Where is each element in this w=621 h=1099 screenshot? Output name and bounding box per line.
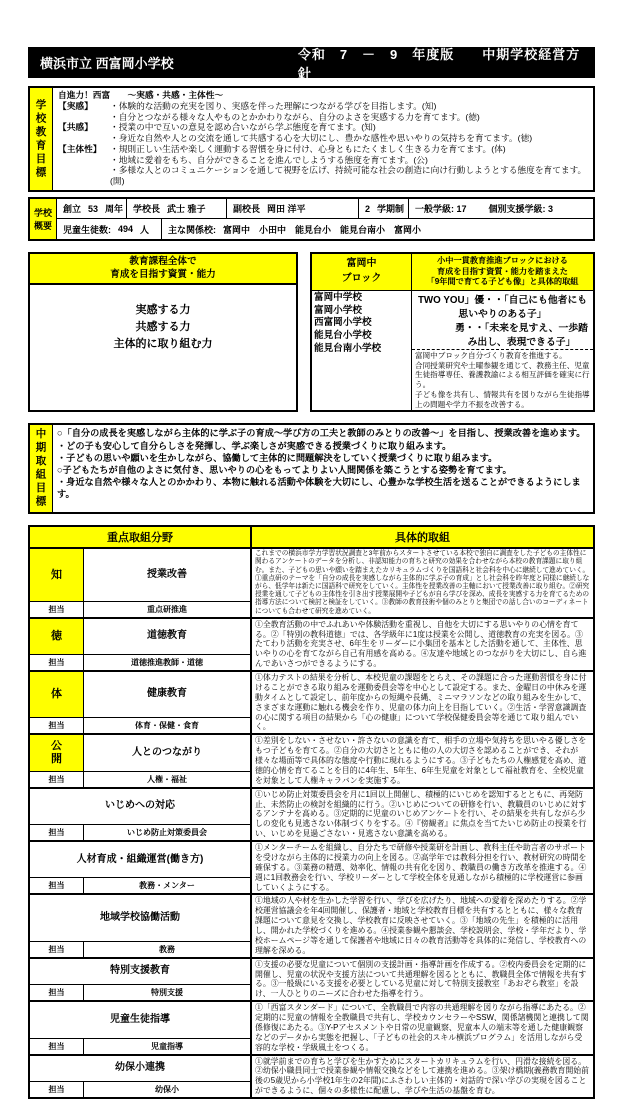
category-row: 体健康教育 <box>30 672 250 718</box>
midterm-goals-section: 中期取組目標 ○「自分の成長を実感しながら主体的に学ぶ子の育成～学び方の工夫と教… <box>28 423 595 514</box>
goal-text: ・授業の中で互いの意見を認め合いながら学ぶ態度を育てます。(知) <box>110 122 588 133</box>
tanto-value: 教務 <box>84 942 250 957</box>
goal-text: ・身近な自然や人との交流を通して共感する心を大切にし、豊かな感性や思いやりの気持… <box>110 133 588 144</box>
tanto-row: 担当幼保小 <box>30 1082 250 1097</box>
tanto-label: 担当 <box>30 1082 84 1097</box>
category-label: 地域学校協働活動 <box>30 895 250 940</box>
category-row: 人材育成・組織運営(働き方) <box>30 842 250 878</box>
initiative-detail-text: これまでの横浜市学力学習状況調査と3年前からスタートさせている本校で独自に調査を… <box>252 549 593 616</box>
goal-tag <box>58 155 110 166</box>
tanto-row: 担当道徳推進教師・道徳 <box>30 655 250 670</box>
initiative-detail-text: ①メンターチームを組織し、自分たちで研修や授業研を計画し、教科主任や助言者のサポ… <box>252 842 593 893</box>
founded-label: 創立 <box>63 202 81 215</box>
header-concrete-initiatives: 具体的取組 <box>252 527 593 547</box>
goal-tag <box>58 165 110 187</box>
block-header: 小中一貫教育推進ブロックにおける 育成を目指す資質・能力を踏まえた 「9年間で育… <box>412 254 593 291</box>
school-overview-section: 学校 概要 創立 53 周年 学校長 武士 雅子 副校長 岡田 洋平 2 <box>28 197 595 241</box>
priority-row: 地域学校協働活動担当教務①地域の人や材を生かした学習を行い、学びを広げたり、地域… <box>30 895 593 958</box>
midterm-goals-label: 中期取組目標 <box>30 425 53 512</box>
priority-row: 知授業改善担当重点研推進これまでの横浜市学力学習状況調査と3年前からスタートさせ… <box>30 549 593 618</box>
overview-row-1: 創立 53 周年 学校長 武士 雅子 副校長 岡田 洋平 2 学期制 一般学 <box>57 199 593 219</box>
tanto-row: 担当教務・メンター <box>30 878 250 893</box>
goal-line: ・多様な人とのコミュニケーションを通して視野を広げ、持続可能な社会の創造に向け行… <box>58 165 588 187</box>
junior-high-block-box: 富岡中 ブロック 小中一貫教育推進ブロックにおける 育成を目指す資質・能力を踏ま… <box>310 252 595 412</box>
midterm-goals-text: ○「自分の成長を実感しながら主体的に学ぶ子の育成～学び方の工夫と教師のみとりの改… <box>53 425 593 512</box>
goal-tag: 【実感】 <box>58 101 110 112</box>
tanto-value: 幼保小 <box>84 1082 250 1097</box>
category-row: 知授業改善 <box>30 549 250 601</box>
tanto-label: 担当 <box>30 942 84 957</box>
founded-suffix: 周年 <box>105 202 123 215</box>
initiative-detail-text: ①支援の必要な児童について個別の支援計画・指導計画を作成する。②校内委員会を定期… <box>252 959 593 1001</box>
competencies-items: 実感する力 共感する力 主体的に取り組む力 <box>30 285 296 370</box>
tanto-label: 担当 <box>30 1039 84 1054</box>
school-name: 横浜市立 西富岡小学校 <box>40 53 298 72</box>
vision-line-1: TWO YOU」優・・「自己にも他者にも思いやりのある子」 <box>414 292 591 320</box>
category-row: 幼保小連携 <box>30 1056 250 1083</box>
overview-row-2: 児童生徒数: 494 人 主な関係校: 富岡中 小田中 能見台小 能見台南小 富… <box>57 219 593 239</box>
category-kanji-badge: 体 <box>30 672 84 717</box>
goal-line: 【共感】・授業の中で互いの意見を認め合いながら学ぶ態度を育てます。(知) <box>58 122 588 133</box>
school-goals-section: 学校教育目標 自進力！西富 ～実感・共感・主体性～ 【実感】・体験的な活動の充実… <box>28 86 595 192</box>
mid-section: 教育課程全体で 育成を目指す資質・能力 実感する力 共感する力 主体的に取り組む… <box>28 252 595 412</box>
tanto-value: 人権・福祉 <box>84 772 250 787</box>
initiative-detail-text: ①差別をしない・させない・許さないの意識を育て、相手の立場や気持ちを思いやる優し… <box>252 735 593 786</box>
category-row: 地域学校協働活動 <box>30 895 250 941</box>
competencies-box: 教育課程全体で 育成を目指す資質・能力 実感する力 共感する力 主体的に取り組む… <box>28 252 298 412</box>
category-kanji-badge: 徳 <box>30 619 84 654</box>
priority-row: 体健康教育担当体育・保健・食育①体力テストの結果を分析し、本校児童の課題をとらえ… <box>30 672 593 735</box>
terms-value: 2 <box>365 204 370 214</box>
priority-row-left: 公 開人とのつながり担当人権・福祉 <box>30 735 252 786</box>
priority-row-left: 地域学校協働活動担当教務 <box>30 895 252 956</box>
priority-row: 幼保小連携担当幼保小①就学前までの育ちと学びを生かすためにスタートカリキュラムを… <box>30 1056 593 1098</box>
priority-table-header: 重点取組分野 具体的取組 <box>30 527 593 549</box>
goal-text: ・地域に愛着をもち、自分ができることを進んでしようする態度を育てます。(公) <box>110 155 588 166</box>
goal-text: ・自分とつながる様々な人やものとかかわりながら、自分のよさを実感する力を育てます… <box>110 112 588 123</box>
priority-row: 徳道徳教育担当道徳推進教師・道徳①全教育活動の中でふれあいや体験活動を重視し、自… <box>30 619 593 672</box>
goal-line: 【実感】・体験的な活動の充実を図り、実感を伴った理解につながる学びを目指します。… <box>58 101 588 112</box>
initiative-detail-text: ①いじめ防止対策委員会を月に1回以上開催し、積極的にいじめを認知するとともに、再… <box>252 789 593 840</box>
students-unit: 人 <box>140 223 149 236</box>
category-label: 人材育成・組織運営(働き方) <box>30 842 250 877</box>
title-bar: 横浜市立 西富岡小学校 令和 7 － 9 年度版 中期学校経営方針 <box>28 47 595 78</box>
overview-label-text: 学校 概要 <box>34 206 52 232</box>
priority-row-left: 体健康教育担当体育・保健・食育 <box>30 672 252 733</box>
tanto-value: いじめ防止対策委員会 <box>84 825 250 840</box>
priority-row: いじめへの対応担当いじめ防止対策委員会①いじめ防止対策委員会を月に1回以上開催し… <box>30 789 593 842</box>
priority-row-left: 特別支援教育担当特別支援 <box>30 959 252 1001</box>
tanto-value: 道徳推進教師・道徳 <box>84 655 250 670</box>
school-goal-lines: 【実感】・体験的な活動の充実を図り、実感を伴った理解につながる学びを目指します。… <box>58 101 588 187</box>
priority-initiatives-table: 重点取組分野 具体的取組 知授業改善担当重点研推進これまでの横浜市学力学習状況調… <box>28 525 595 1099</box>
vice-principal-label: 副校長 <box>233 202 260 215</box>
initiative-detail-text: ①地域の人や材を生かした学習を行い、学びを広げたり、地域への愛着を深めたりする。… <box>252 895 593 956</box>
category-row: いじめへの対応 <box>30 789 250 825</box>
overview-label: 学校 概要 <box>30 199 57 239</box>
students-label: 児童生徒数: <box>63 223 111 236</box>
tanto-label: 担当 <box>30 825 84 840</box>
goal-line: ・自分とつながる様々な人やものとかかわりながら、自分のよさを実感する力を育てます… <box>58 112 588 123</box>
category-kanji-badge: 知 <box>30 549 84 600</box>
tanto-row: 担当人権・福祉 <box>30 772 250 787</box>
tanto-row: 担当児童指導 <box>30 1039 250 1054</box>
related-schools-label: 主な関係校: <box>168 223 216 236</box>
block-vision: TWO YOU」優・・「自己にも他者にも思いやりのある子」 勇・・「未来を見すえ… <box>412 291 593 349</box>
header-priority-areas: 重点取組分野 <box>30 527 252 547</box>
tanto-value: 重点研推進 <box>84 602 250 617</box>
block-school-list: 富岡中学校 富岡小学校 西富岡小学校 能見台小学校 能見台南小学校 <box>312 291 412 410</box>
tanto-row: 担当体育・保健・食育 <box>30 718 250 733</box>
tanto-label: 担当 <box>30 602 84 617</box>
tanto-row: 担当特別支援 <box>30 985 250 1000</box>
tanto-label: 担当 <box>30 655 84 670</box>
initiative-detail-text: ①「西富スタンダード」について、全教職員で内容の共通理解を図りながら指導にあたる… <box>252 1002 593 1053</box>
goal-tag <box>58 112 110 123</box>
category-label: 児童生徒指導 <box>30 1002 250 1037</box>
terms-label: 学期制 <box>377 202 404 215</box>
students-value: 494 <box>118 224 133 234</box>
tanto-value: 特別支援 <box>84 985 250 1000</box>
school-goals-content: 自進力！西富 ～実感・共感・主体性～ 【実感】・体験的な活動の充実を図り、実感を… <box>53 88 593 190</box>
category-row: 児童生徒指導 <box>30 1002 250 1038</box>
priority-row-left: いじめへの対応担当いじめ防止対策委員会 <box>30 789 252 840</box>
goal-text: ・多様な人とのコミュニケーションを通して視野を広げ、持続可能な社会の創造に向け行… <box>110 165 588 187</box>
general-classes: 一般学級: 17 <box>415 202 467 215</box>
tanto-label: 担当 <box>30 985 84 1000</box>
category-label: 特別支援教育 <box>30 959 250 985</box>
initiative-detail-text: ①全教育活動の中でふれあいや体験活動を重視し、自他を大切にする思いやりの心情を育… <box>252 619 593 670</box>
document-page: 横浜市立 西富岡小学校 令和 7 － 9 年度版 中期学校経営方針 学校教育目標… <box>0 0 621 1099</box>
category-row: 公 開人とのつながり <box>30 735 250 771</box>
category-label: いじめへの対応 <box>30 789 250 824</box>
priority-table-body: 知授業改善担当重点研推進これまでの横浜市学力学習状況調査と3年前からスタートさせ… <box>30 549 593 1097</box>
tanto-row: 担当いじめ防止対策委員会 <box>30 825 250 840</box>
goal-line: ・地域に愛着をもち、自分ができることを進んでしようする態度を育てます。(公) <box>58 155 588 166</box>
special-classes: 個別支援学級: 3 <box>489 202 554 215</box>
goal-tag <box>58 133 110 144</box>
principal-name: 武士 雅子 <box>167 202 206 215</box>
tanto-label: 担当 <box>30 718 84 733</box>
founded-value: 53 <box>88 204 98 214</box>
priority-row-left: 人材育成・組織運営(働き方)担当教務・メンター <box>30 842 252 893</box>
category-row: 徳道徳教育 <box>30 619 250 655</box>
category-label: 道徳教育 <box>84 619 250 654</box>
principal-label: 学校長 <box>133 202 160 215</box>
tanto-label: 担当 <box>30 878 84 893</box>
priority-row-left: 幼保小連携担当幼保小 <box>30 1056 252 1098</box>
goal-tag: 【主体性】 <box>58 144 110 155</box>
goal-text: ・体験的な活動の充実を図り、実感を伴った理解につながる学びを目指します。(知) <box>110 101 588 112</box>
category-label: 幼保小連携 <box>30 1056 250 1082</box>
initiative-detail-text: ①就学前までの育ちと学びを生かすためにスタートカリキュラムを行い、円滑な接続を図… <box>252 1056 593 1098</box>
priority-row-left: 児童生徒指導担当児童指導 <box>30 1002 252 1053</box>
category-label: 授業改善 <box>84 549 250 600</box>
document-title: 令和 7 － 9 年度版 中期学校経営方針 <box>298 44 583 82</box>
tanto-row: 担当教務 <box>30 942 250 957</box>
competencies-header: 教育課程全体で 育成を目指す資質・能力 <box>30 254 296 285</box>
tanto-value: 教務・メンター <box>84 878 250 893</box>
priority-row: 児童生徒指導担当児童指導①「西富スタンダード」について、全教職員で内容の共通理解… <box>30 1002 593 1055</box>
priority-row-left: 徳道徳教育担当道徳推進教師・道徳 <box>30 619 252 670</box>
tanto-value: 体育・保健・食育 <box>84 718 250 733</box>
priority-row: 人材育成・組織運営(働き方)担当教務・メンター①メンターチームを組織し、自分たち… <box>30 842 593 895</box>
tanto-row: 担当重点研推進 <box>30 602 250 617</box>
vision-line-2: 勇・・「未来を見すえ、一歩踏み出し、表現できる子」 <box>414 320 591 348</box>
tanto-label: 担当 <box>30 772 84 787</box>
school-goals-label: 学校教育目標 <box>30 88 53 190</box>
vice-principal-name: 岡田 洋平 <box>267 202 306 215</box>
block-detail-text: 富岡中ブロック自分づくり教育を推進する。 合同授業研究や土曜参観を通じて、教務主… <box>412 349 593 410</box>
tanto-value: 児童指導 <box>84 1039 250 1054</box>
initiative-detail-text: ①体力テストの結果を分析し、本校児童の課題をとらえ、その課題に合った運動習慣を身… <box>252 672 593 733</box>
priority-row-left: 知授業改善担当重点研推進 <box>30 549 252 616</box>
priority-row: 特別支援教育担当特別支援①支援の必要な児童について個別の支援計画・指導計画を作成… <box>30 959 593 1003</box>
goal-tag: 【共感】 <box>58 122 110 133</box>
related-schools: 富岡中 小田中 能見台小 能見台南小 富岡小 <box>223 223 421 236</box>
category-kanji-badge: 公 開 <box>30 735 84 770</box>
category-label: 人とのつながり <box>84 735 250 770</box>
goal-line: 【主体性】・規則正しい生活や楽しく運動する習慣を身に付け、心身ともにたくましく生… <box>58 144 588 155</box>
priority-row: 公 開人とのつながり担当人権・福祉①差別をしない・させない・許さないの意識を育て… <box>30 735 593 788</box>
goal-line: ・身近な自然や人との交流を通して共感する心を大切にし、豊かな感性や思いやりの気持… <box>58 133 588 144</box>
block-name: 富岡中 ブロック <box>312 254 412 291</box>
category-label: 健康教育 <box>84 672 250 717</box>
goal-text: ・規則正しい生活や楽しく運動する習慣を身に付け、心身ともにたくましく生きる力を育… <box>110 144 588 155</box>
school-slogan: 自進力！西富 ～実感・共感・主体性～ <box>58 90 588 101</box>
category-row: 特別支援教育 <box>30 959 250 986</box>
